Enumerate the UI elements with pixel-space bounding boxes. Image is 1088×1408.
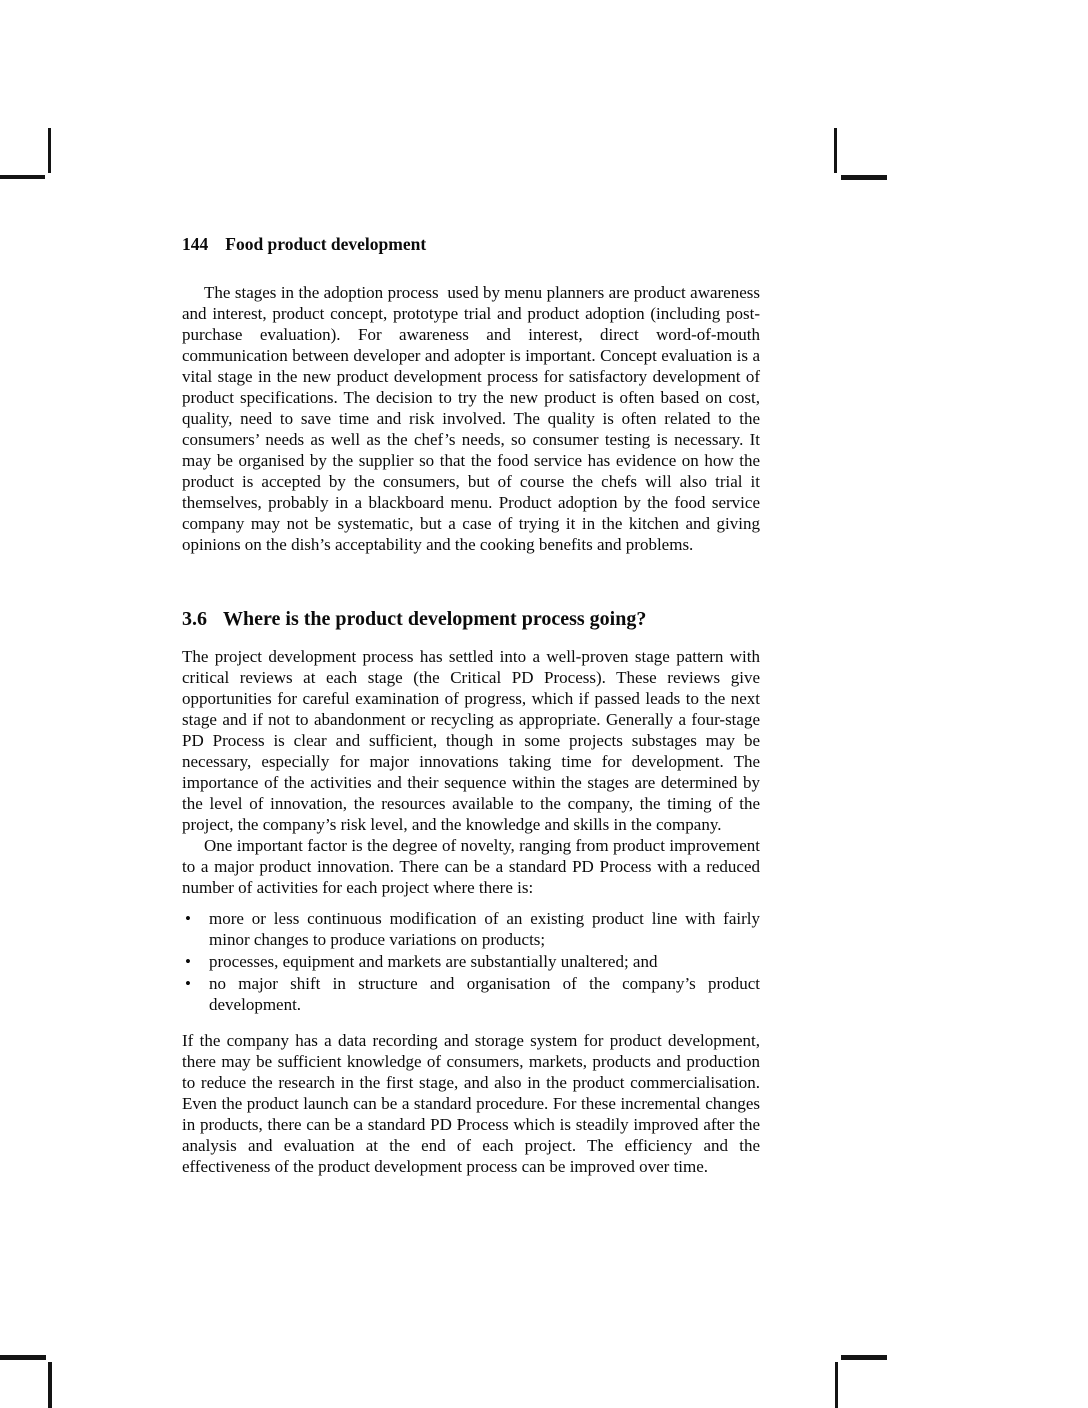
bullet-icon: • bbox=[185, 951, 191, 972]
list-item-text: more or less continuous modification of … bbox=[209, 909, 760, 949]
running-head-title: Food product development bbox=[225, 234, 426, 255]
crop-mark-top-right-vertical bbox=[834, 128, 837, 173]
list-item: • processes, equipment and markets are s… bbox=[182, 951, 760, 972]
crop-mark-bottom-left-vertical bbox=[48, 1362, 52, 1408]
section-heading: 3.6 Where is the product development pro… bbox=[182, 607, 760, 631]
bullet-icon: • bbox=[185, 908, 191, 929]
running-head: 144 Food product development bbox=[182, 234, 760, 255]
list-item-text: no major shift in structure and organisa… bbox=[209, 974, 760, 1014]
crop-mark-bottom-left-horizontal bbox=[0, 1355, 46, 1360]
scanned-book-page: 144 Food product development The stages … bbox=[0, 0, 1088, 1408]
crop-mark-top-left-vertical bbox=[48, 128, 51, 173]
paragraph-data-recording: If the company has a data recording and … bbox=[182, 1030, 760, 1177]
section-number: 3.6 bbox=[182, 607, 207, 631]
paragraph-novelty: One important factor is the degree of no… bbox=[182, 835, 760, 898]
list-item-text: processes, equipment and markets are sub… bbox=[209, 952, 657, 971]
paragraph-adoption-process: The stages in the adoption process used … bbox=[182, 282, 760, 555]
crop-mark-top-left-horizontal bbox=[0, 175, 45, 179]
crop-mark-bottom-right-horizontal bbox=[841, 1355, 887, 1360]
bullet-list: • more or less continuous modification o… bbox=[182, 908, 760, 1015]
crop-mark-top-right-horizontal bbox=[841, 175, 887, 180]
bullet-icon: • bbox=[185, 973, 191, 994]
page-number: 144 bbox=[182, 234, 208, 255]
list-item: • no major shift in structure and organi… bbox=[182, 973, 760, 1015]
section-title: Where is the product development process… bbox=[223, 607, 646, 631]
paragraph-pd-process: The project development process has sett… bbox=[182, 646, 760, 835]
page-body: 144 Food product development The stages … bbox=[182, 234, 760, 1177]
list-item: • more or less continuous modification o… bbox=[182, 908, 760, 950]
crop-mark-bottom-right-vertical bbox=[835, 1362, 838, 1408]
